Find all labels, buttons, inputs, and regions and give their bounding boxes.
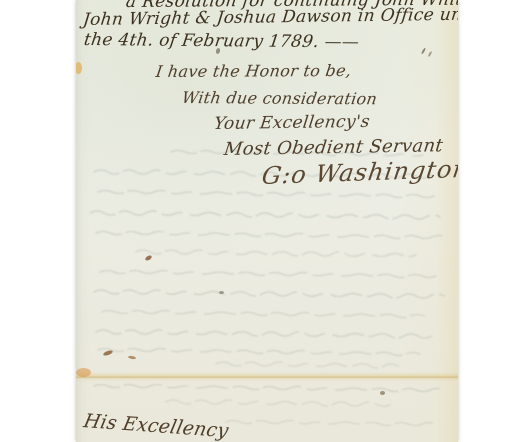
letter-photograph: { "letter": { "body": { "line1": "a Reso…	[0, 0, 531, 442]
letter-line-names: John Wright & Joshua Dawson in Office un…	[82, 4, 458, 30]
closing-line-excellency: Your Excellency's	[213, 112, 371, 134]
address-line-his-excellency: His Excellency	[82, 410, 231, 442]
manuscript-page: a Resolution for continuing John White, …	[76, 0, 458, 442]
washington-signature: G:o Washington	[260, 155, 458, 190]
fold-crease	[76, 372, 458, 382]
closing-line-consideration: With due consideration	[181, 88, 379, 108]
letter-line-date: the 4th. of February 1789. ——	[83, 30, 361, 52]
closing-line-honor: I have the Honor to be,	[155, 61, 353, 81]
